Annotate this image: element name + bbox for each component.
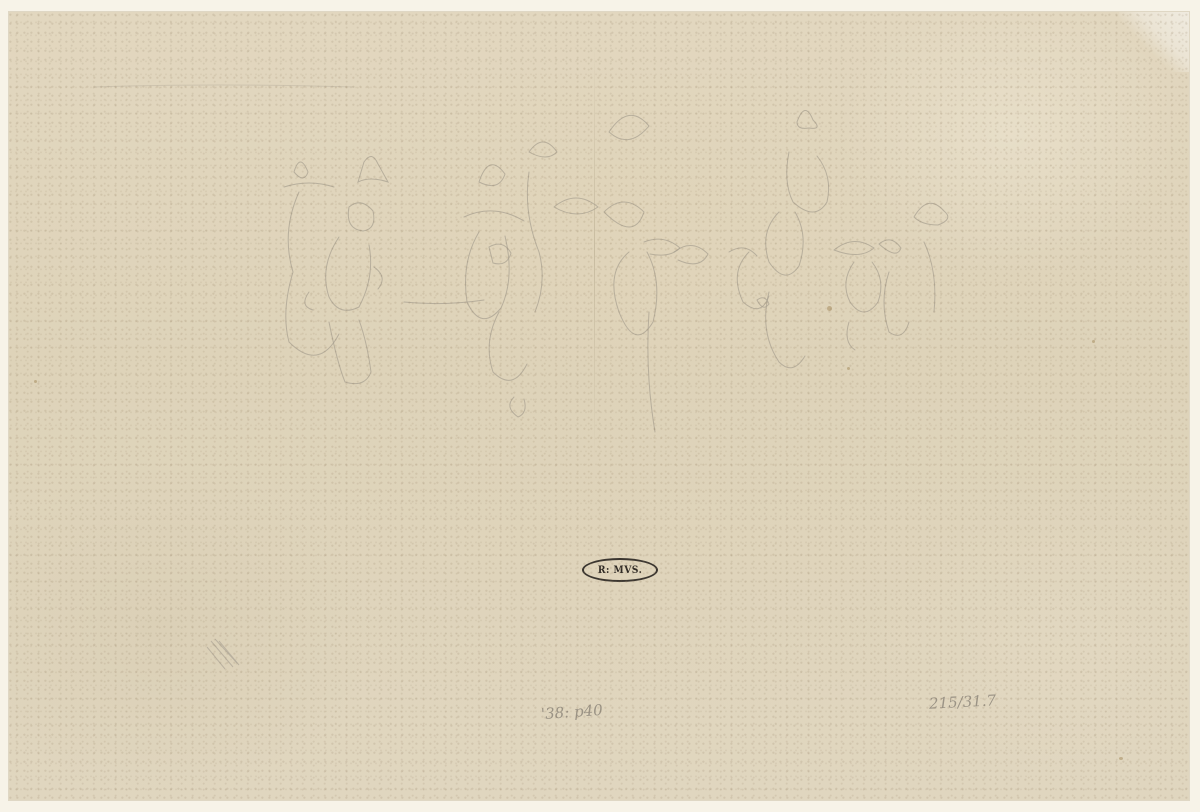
stamp-text: R: MVS. [598,565,642,576]
pencil-figure-sketches [9,12,1189,800]
foxing-spot [1119,757,1123,760]
pencil-hatching [203,633,247,673]
inscription-bottom-right: 215/31.7 [929,691,997,712]
sketch-figure-group-2 [464,142,598,417]
paper-sheet: R: MVS. '38: p40 215/31.7 [9,12,1189,800]
image-stage: R: MVS. '38: p40 215/31.7 [0,0,1200,812]
inscription-bottom-center: '38: p40 [540,701,603,723]
vertical-crease [594,42,595,462]
foxing-spot [34,380,37,383]
sketch-figure-group-1 [284,156,388,383]
foxing-spot [1092,340,1095,343]
foxing-spot [827,306,832,311]
corner-crease [1119,12,1189,72]
foxing-spot [847,367,850,370]
sketch-figure-group-5 [834,203,948,350]
collection-stamp: R: MVS. [582,558,658,582]
sketch-figure-group-4 [729,110,829,367]
sketch-figure-group-3 [604,115,708,432]
